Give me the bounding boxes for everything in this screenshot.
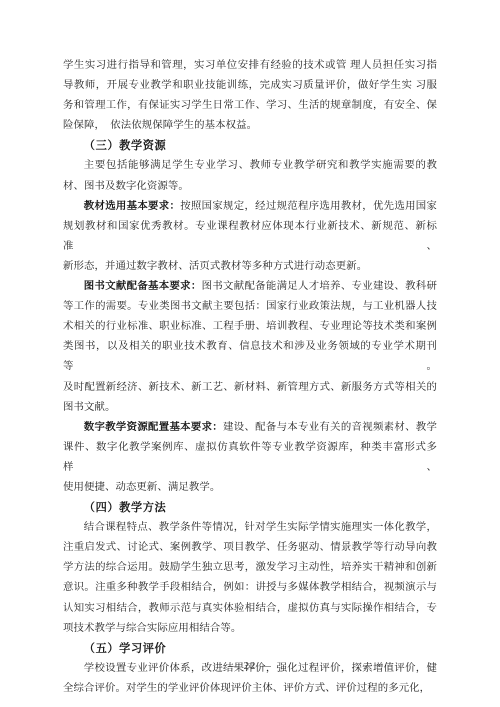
text-line: 项技术教学与综合实际应用相结合等。 [63,619,437,639]
text-line: 学生实习进行指导和管理，实习单位安排有经验的技术或管 理人员担任实习指 [63,56,437,76]
text-line: 类图书，以及相关的职业技术教育、信息技术和涉及业务领域的专业学术期刊等。 [63,337,437,377]
text-line: 术相关的行业标准、职业标准、工程手册、培训教程、专业理论等技术类和案例 [63,317,437,337]
text-line: 结合课程特点、教学条件等情况，针对学生实际学情实施理实一体化教学， [63,518,437,538]
text-line: 主要包括能够满足学生专业学习、教师专业教学研究和教学实施需要的教 [63,156,437,176]
text-line: 新形态，并通过数字教材、活页式教材等多种方式进行动态更新。 [63,257,437,277]
text-line: 务和管理工作，有保证实习学生日常工作、学习、生活的规章制度，有安全、保 [63,96,437,116]
bold-lead-label: 图书文献配备基本要求： [84,281,202,292]
text-line: 图书文献配备基本要求：图书文献配备能满足人才培养、专业建设、教科研 [63,277,437,297]
page-footer: — 22 — [0,656,500,674]
paragraph: 教材选用基本要求：按照国家规定，经过规范程序选用教材，优先选用国家规划教材和国家… [63,197,437,277]
text-line: 课件、数字化教学案例库、虚拟仿真软件等专业教学资源库，种类丰富形式多样、 [63,438,437,478]
page-number: — 22 — [228,660,272,672]
text-line: 等工作的需要。专业类图书文献主要包括：国家行业政策法规，与工业机器人技 [63,297,437,317]
text-line: 教材选用基本要求：按照国家规定，经过规范程序选用教材，优先选用国家 [63,197,437,217]
text-line: 数字教学资源配置基本要求：建设、配备与本专业有关的音视频素材、教学 [63,418,437,438]
text-line: 注重启发式、讨论式、案例教学、项目教学、任务驱动、情景教学等行动导向教 [63,538,437,558]
bold-lead-label: 教材选用基本要求： [84,201,180,212]
text-line: 意识。注重多种教学手段相结合，例如：讲授与多媒体教学相结合，视频演示与 [63,578,437,598]
bold-lead-label: 数字教学资源配置基本要求： [84,422,223,433]
text-line: 学方法的综合运用。鼓励学生独立思考，激发学习主动性，培养实干精神和创新 [63,558,437,578]
text-line: 全综合评价。对学生的学业评价体现评价主体、评价方式、评价过程的多元化， [63,679,437,699]
text-line: 使用便捷、动态更新、满足教学。 [63,478,437,498]
document-content: 学生实习进行指导和管理，实习单位安排有经验的技术或管 理人员担任实习指导教师，开… [63,56,437,699]
paragraph: 数字教学资源配置基本要求：建设、配备与本专业有关的音视频素材、教学课件、数字化教… [63,418,437,498]
text-line: 图书文献。 [63,398,437,418]
document-page: 学生实习进行指导和管理，实习单位安排有经验的技术或管 理人员担任实习指导教师，开… [0,0,500,707]
section-heading: （三）教学资源 [63,136,437,156]
text-line: 导教师，开展专业教学和职业技能训练，完成实习质量评价，做好学生实 习服 [63,76,437,96]
text-line: 材、图书及数字化资源等。 [63,177,437,197]
text-line: 及时配置新经济、新技术、新工艺、新材料、新管理方式、新服务方式等相关的 [63,378,437,398]
text-line: 险保障， 依法依规保障学生的基本权益。 [63,116,437,136]
section-heading: （四）教学方法 [63,498,437,518]
text-line: 规划教材和国家优秀教材。专业课程教材应体现本行业新技术、新规范、新标准、 [63,217,437,257]
paragraph: 图书文献配备基本要求：图书文献配备能满足人才培养、专业建设、教科研等工作的需要。… [63,277,437,418]
paragraph: 主要包括能够满足学生专业学习、教师专业教学研究和教学实施需要的教材、图书及数字化… [63,156,437,196]
paragraph: 结合课程特点、教学条件等情况，针对学生实际学情实施理实一体化教学，注重启发式、讨… [63,518,437,639]
paragraph: 学生实习进行指导和管理，实习单位安排有经验的技术或管 理人员担任实习指导教师，开… [63,56,437,136]
text-line: 认知实习相结合，教师示范与真实体验相结合，虚拟仿真与实际操作相结合，专 [63,599,437,619]
